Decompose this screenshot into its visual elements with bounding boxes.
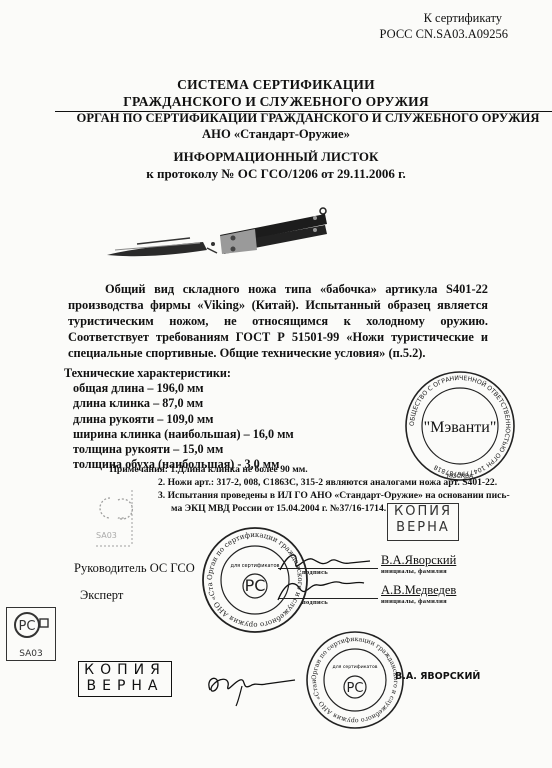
svg-text:PC: PC — [19, 619, 36, 634]
name-caption: инициалы, фамилия — [381, 598, 456, 605]
spec-item: ширина клинка (наибольшая) – 16,0 мм — [64, 427, 294, 442]
bottom-handwritten-signature — [200, 660, 300, 710]
svg-text:PC: PC — [245, 576, 266, 595]
info-sheet-title: ИНФОРМАЦИОННЫЙ ЛИСТОК — [0, 148, 552, 165]
spec-item: длина рукояти – 109,0 мм — [64, 412, 294, 427]
certificate-reference: К сертификату РОСС CN.SA03.A09256 — [380, 10, 508, 42]
bottom-signatory-name: В.А. ЯВОРСКИЙ — [395, 671, 480, 682]
stamp-text: ВЕРНА — [79, 678, 171, 694]
expert-signatory: А.В.Медведев инициалы, фамилия — [381, 583, 456, 605]
spec-item: длина клинка – 87,0 мм — [64, 396, 294, 411]
svg-text:для сертификатов: для сертификатов — [231, 563, 280, 569]
svg-text:PC: PC — [347, 681, 364, 696]
expert-role-label: Эксперт — [80, 588, 123, 603]
gost-r-certification-mark: PC SA03 — [6, 607, 56, 661]
certificate-number: РОСС CN.SA03.A09256 — [380, 26, 508, 42]
note-item: 3. Испытания проведены в ИЛ ГО АНО «Стан… — [102, 489, 510, 502]
protocol-reference: к протоколу № ОС ГСО/1206 от 29.11.2006 … — [0, 165, 552, 182]
organization-name: АНО «Стандарт-Оружие» — [0, 126, 552, 142]
copy-verified-stamp: КОПИЯ ВЕРНА — [387, 503, 459, 541]
copy-verified-stamp-bottom: КОПИЯ ВЕРНА — [78, 661, 172, 697]
notes-label: Примечания: — [102, 463, 168, 476]
organ-seal-lower: Орган по сертификации гражданского и слу… — [305, 630, 405, 730]
description-text: Общий вид складного ножа типа «бабочка» … — [68, 281, 488, 361]
faint-gost-mark: SA03 — [88, 488, 138, 548]
system-title-line1: СИСТЕМА СЕРТИФИКАЦИИ — [0, 76, 552, 93]
organ-title: ОРГАН ПО СЕРТИФИКАЦИИ ГРАЖДАНСКОГО И СЛУ… — [0, 110, 552, 142]
name-caption: инициалы, фамилия — [381, 568, 456, 575]
signatory-name: А.В.Медведев — [381, 583, 456, 598]
gost-mark-code: SA03 — [7, 649, 55, 659]
svg-text:для сертификатов: для сертификатов — [333, 664, 378, 670]
head-role-label: Руководитель ОС ГСО — [74, 561, 195, 576]
note-item: 2. Ножи арт.: 317-2, 008, C1863C, 315-2 … — [102, 476, 510, 489]
technical-specs: Технические характеристики: общая длина … — [64, 366, 294, 472]
system-title: СИСТЕМА СЕРТИФИКАЦИИ ГРАЖДАНСКОГО И СЛУЖ… — [0, 76, 552, 110]
head-signatory: В.А.Яворский инициалы, фамилия — [381, 553, 456, 575]
organ-seal-upper: Орган по сертификации гражданского и слу… — [200, 525, 310, 635]
reference-label: К сертификату — [380, 10, 508, 26]
spec-item: толщина рукояти – 15,0 мм — [64, 442, 294, 457]
note-item: 1.Длина клинка не более 90 мм. — [170, 464, 307, 475]
stamp-text: КОПИЯ — [388, 504, 458, 520]
stamp-text: ВЕРНА — [388, 520, 458, 536]
svg-text:"Мэванти": "Мэванти" — [424, 419, 497, 436]
system-title-line2: ГРАЖДАНСКОГО И СЛУЖЕБНОГО ОРУЖИЯ — [0, 93, 552, 110]
butterfly-knife-image — [95, 200, 345, 265]
gost-r-icon: PC — [7, 608, 55, 642]
organ-name: ОРГАН ПО СЕРТИФИКАЦИИ ГРАЖДАНСКОГО И СЛУ… — [0, 110, 552, 126]
spec-item: общая длина – 196,0 мм — [64, 381, 294, 396]
specs-title: Технические характеристики: — [64, 366, 294, 381]
document-title: ИНФОРМАЦИОННЫЙ ЛИСТОК к протоколу № ОС Г… — [0, 148, 552, 182]
description-paragraph: Общий вид складного ножа типа «бабочка» … — [68, 281, 488, 361]
svg-text:SA03: SA03 — [96, 531, 117, 540]
signatory-name: В.А.Яворский — [381, 553, 456, 568]
stamp-text: КОПИЯ — [79, 662, 171, 678]
